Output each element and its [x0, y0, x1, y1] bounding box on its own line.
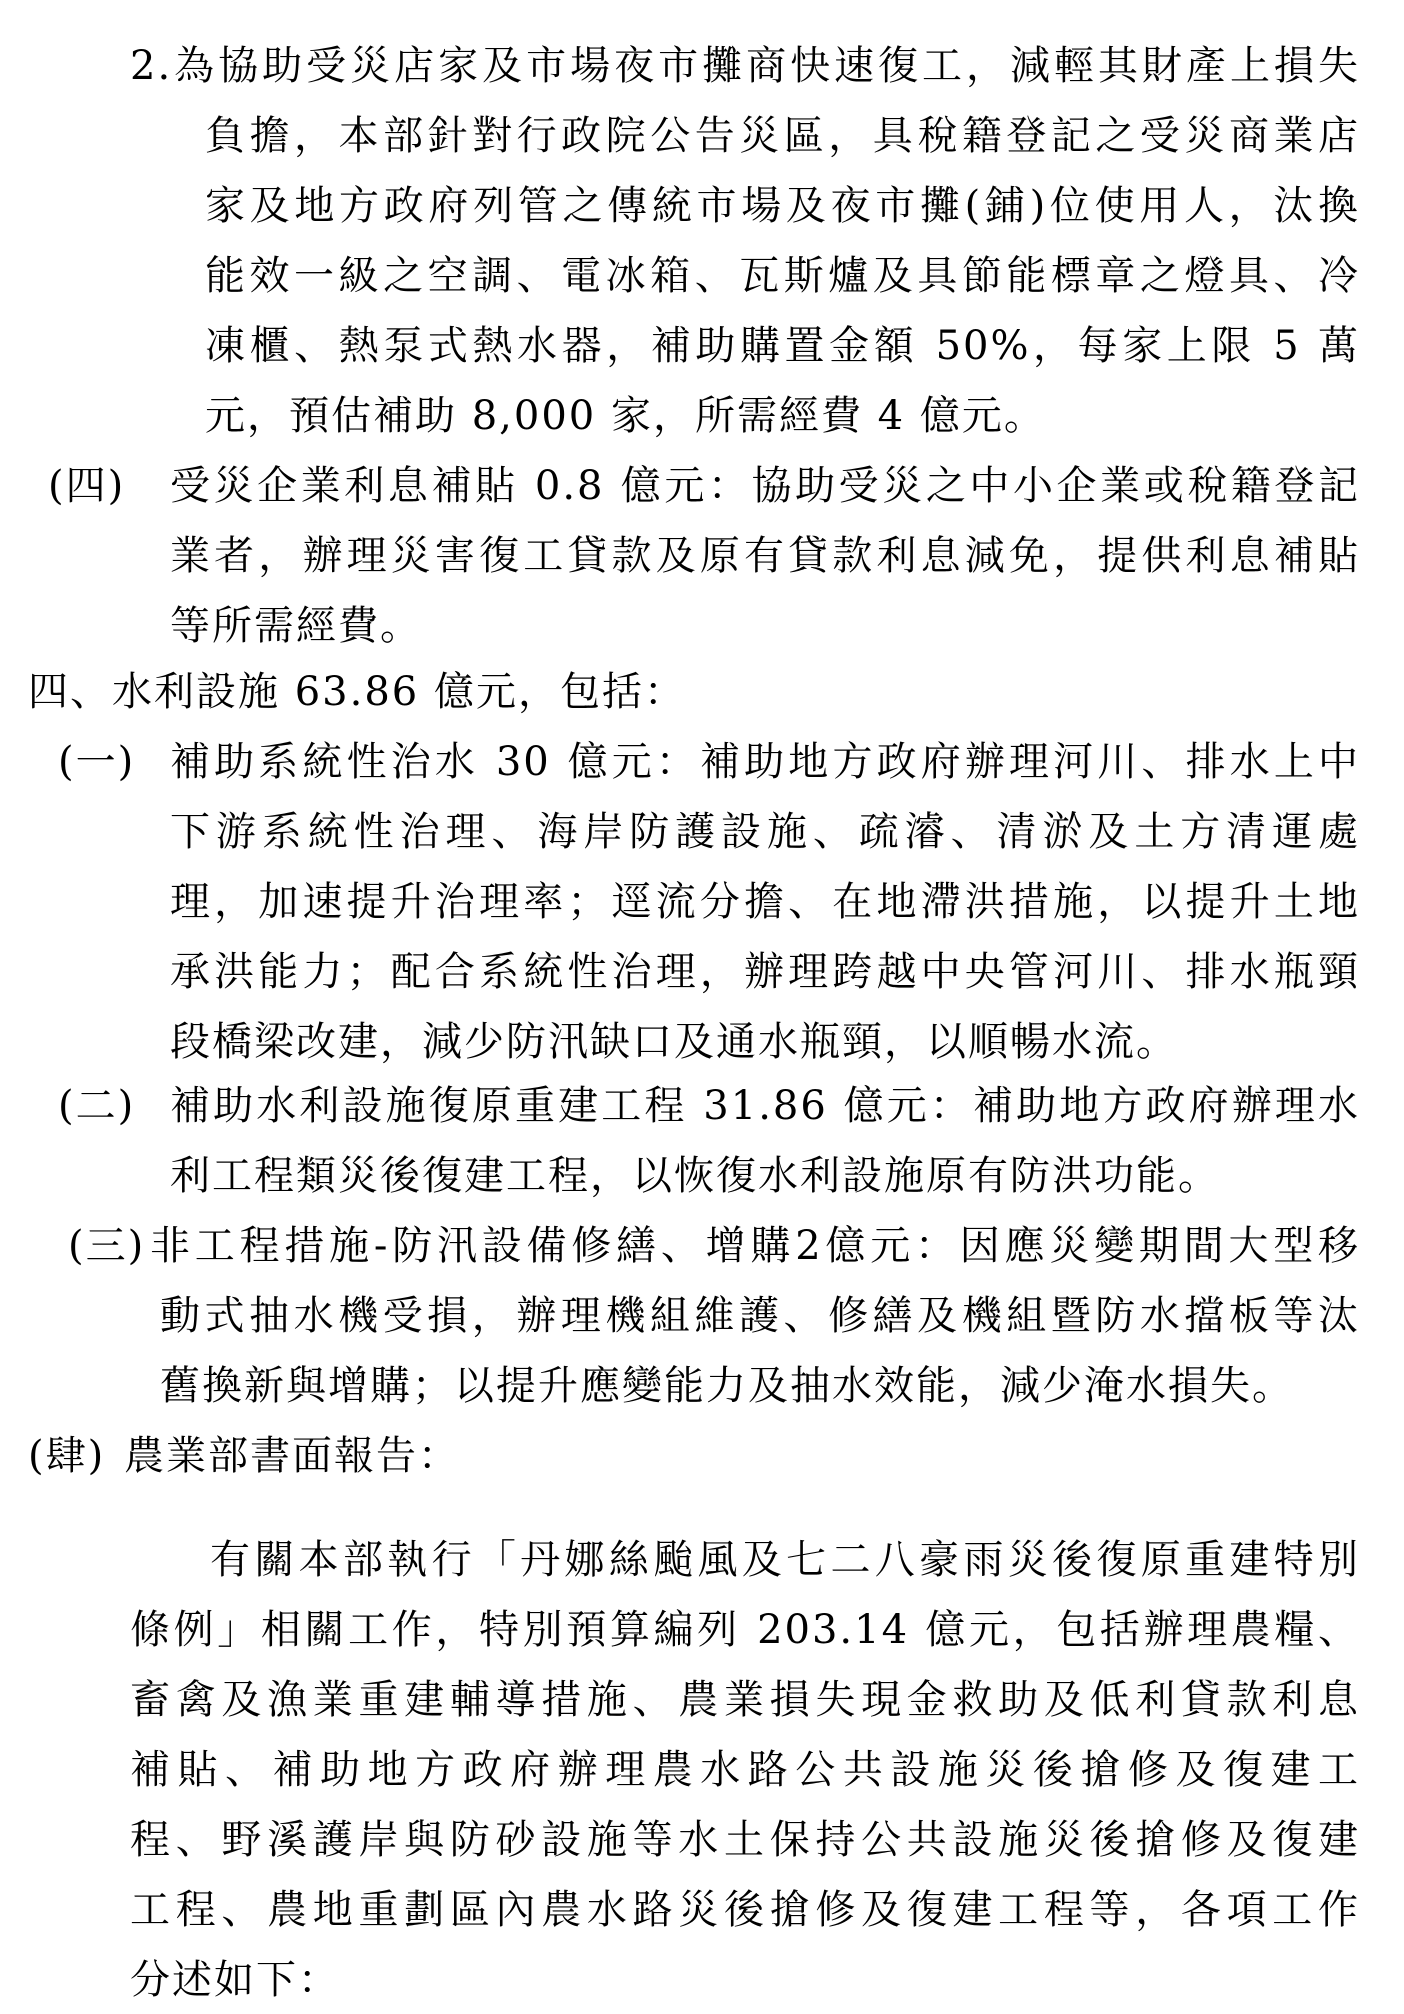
text-line: 受災企業利息補貼 0.8 億元：協助受災之中小企業或稅籍登記: [170, 462, 1360, 510]
text-line: 有關本部執行「丹娜絲颱風及七二八豪雨災後復原重建特別: [210, 1536, 1360, 1584]
text-line: 業者，辦理災害復工貸款及原有貸款利息減免，提供利息補貼: [170, 532, 1360, 580]
section-title: 農業部書面報告：: [124, 1432, 460, 1480]
text-line: 段橋梁改建，減少防汛缺口及通水瓶頸，以順暢水流。: [170, 1018, 1178, 1066]
text-line: 程、野溪護岸與防砂設施等水土保持公共設施災後搶修及復建: [130, 1816, 1360, 1864]
text-line: 理，加速提升治理率；逕流分擔、在地滯洪措施，以提升土地: [170, 878, 1360, 926]
text-line: 能效一級之空調、電冰箱、瓦斯爐及具節能標章之燈具、冷: [205, 252, 1360, 300]
text-line: 非工程措施-防汛設備修繕、增購2億元：因應災變期間大型移: [150, 1222, 1360, 1270]
text-line: 動式抽水機受損，辦理機組維護、修繕及機組暨防水擋板等汰: [160, 1292, 1360, 1340]
document-page: 2.為協助受災店家及市場夜市攤商快速復工，減輕其財產上損失 負擔，本部針對行政院…: [0, 0, 1404, 2014]
item-marker: (四): [48, 462, 125, 510]
text-line: 等所需經費。: [170, 602, 422, 650]
text-line: 補貼、補助地方政府辦理農水路公共設施災後搶修及復建工: [130, 1746, 1360, 1794]
text-line: 分述如下：: [130, 1956, 340, 2004]
item-marker: (肆): [28, 1432, 105, 1480]
text-line: 條例」相關工作，特別預算編列 203.14 億元，包括辦理農糧、: [130, 1606, 1360, 1654]
section-title: 四、水利設施 63.86 億元，包括：: [28, 668, 686, 716]
text-line: 家及地方政府列管之傳統市場及夜市攤(鋪)位使用人，汰換: [205, 182, 1360, 230]
text-line: 承洪能力；配合系統性治理，辦理跨越中央管河川、排水瓶頸: [170, 948, 1360, 996]
text-line: 補助系統性治水 30 億元：補助地方政府辦理河川、排水上中: [170, 738, 1360, 786]
text-line: 畜禽及漁業重建輔導措施、農業損失現金救助及低利貸款利息: [130, 1676, 1360, 1724]
text-line: 下游系統性治理、海岸防護設施、疏濬、清淤及土方清運處: [170, 808, 1360, 856]
text-line: 元，預估補助 8,000 家，所需經費 4 億元。: [205, 392, 1046, 440]
text-line: 凍櫃、熱泵式熱水器，補助購置金額 50%，每家上限 5 萬: [205, 322, 1360, 370]
text-line: 負擔，本部針對行政院公告災區，具稅籍登記之受災商業店: [205, 112, 1360, 160]
item-marker: (三): [68, 1222, 145, 1270]
item-marker: (二): [58, 1082, 135, 1130]
text-line: 2.為協助受災店家及市場夜市攤商快速復工，減輕其財產上損失: [130, 42, 1360, 90]
item-marker: (一): [58, 738, 135, 786]
text-line: 舊換新與增購；以提升應變能力及抽水效能，減少淹水損失。: [160, 1362, 1294, 1410]
text-line: 利工程類災後復建工程，以恢復水利設施原有防洪功能。: [170, 1152, 1220, 1200]
text-line: 工程、農地重劃區內農水路災後搶修及復建工程等，各項工作: [130, 1886, 1360, 1934]
text-line: 補助水利設施復原重建工程 31.86 億元：補助地方政府辦理水: [170, 1082, 1360, 1130]
